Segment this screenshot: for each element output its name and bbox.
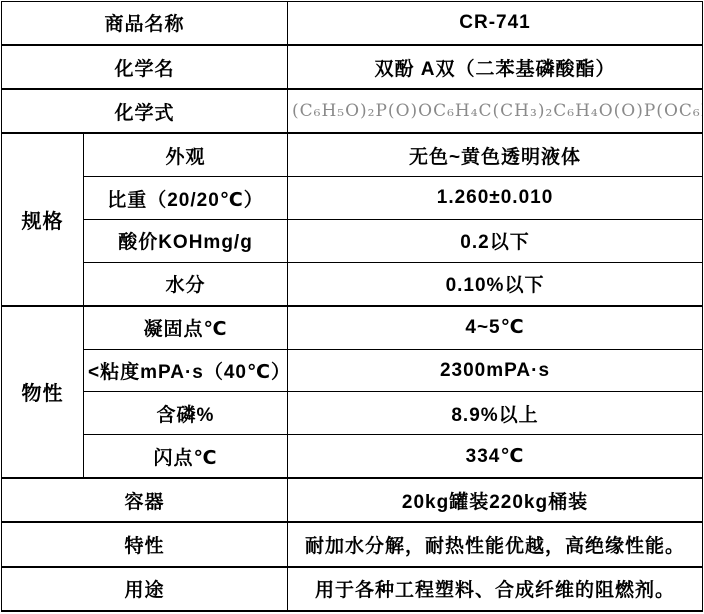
feature-label: 特性 [2, 522, 288, 566]
spec-gravity-label: 比重（20/20℃） [84, 177, 288, 220]
spec-gravity-value: 1.260±0.010 [288, 177, 703, 220]
product-spec-table: 商品名称 CR-741 化学名 双酚 A双（二苯基磷酸酯） 化学式 (C₆H₅O… [1, 1, 703, 612]
spec-acid-value-label: 酸价KOHmg/g [84, 220, 288, 263]
phys-flashpoint-label: 闪点℃ [84, 435, 288, 478]
spec-moisture-label: 水分 [84, 262, 288, 305]
spec-group-label: 规格 [2, 133, 84, 305]
formula-label: 化学式 [2, 89, 288, 133]
phys-phosphorus-label: 含磷% [84, 392, 288, 435]
table-row-spec-gravity: 比重（20/20℃） 1.260±0.010 [2, 177, 703, 220]
phys-group-label: 物性 [2, 306, 84, 478]
formula-value: (C₆H₅O)₂P(O)OC₆H₄C(CH₃)₂C₆H₄O(O)P(OC₆H₅)… [288, 89, 703, 133]
table-row-product: 商品名称 CR-741 [2, 2, 703, 45]
table-row-usage: 用途 用于各种工程塑料、合成纤维的阻燃剂。 [2, 567, 703, 611]
feature-value: 耐加水分解，耐热性能优越，高绝缘性能。 [288, 522, 703, 566]
table-row-formula: 化学式 (C₆H₅O)₂P(O)OC₆H₄C(CH₃)₂C₆H₄O(O)P(OC… [2, 89, 703, 133]
table-row-spec-appearance: 规格 外观 无色~黄色透明液体 [2, 133, 703, 176]
product-name-value: CR-741 [288, 2, 703, 45]
phys-phosphorus-value: 8.9%以上 [288, 392, 703, 435]
container-label: 容器 [2, 478, 288, 522]
phys-viscosity-label: <粘度mPA·s（40℃）> [84, 349, 288, 392]
phys-freezing-value: 4~5℃ [288, 306, 703, 349]
spec-appearance-value: 无色~黄色透明液体 [288, 133, 703, 176]
spec-appearance-label: 外观 [84, 133, 288, 176]
phys-freezing-label: 凝固点℃ [84, 306, 288, 349]
phys-flashpoint-value: 334℃ [288, 435, 703, 478]
table-row-phys-viscosity: <粘度mPA·s（40℃）> 2300mPA·s [2, 349, 703, 392]
chem-name-value: 双酚 A双（二苯基磷酸酯） [288, 45, 703, 89]
spec-moisture-value: 0.10%以下 [288, 262, 703, 305]
phys-viscosity-value: 2300mPA·s [288, 349, 703, 392]
table-row-spec-acid: 酸价KOHmg/g 0.2以下 [2, 220, 703, 263]
product-name-label: 商品名称 [2, 2, 288, 45]
table-row-chem-name: 化学名 双酚 A双（二苯基磷酸酯） [2, 45, 703, 89]
container-value: 20kg罐装220kg桶装 [288, 478, 703, 522]
table-row-phys-freezing: 物性 凝固点℃ 4~5℃ [2, 306, 703, 349]
table-row-phys-phosphorus: 含磷% 8.9%以上 [2, 392, 703, 435]
spec-sheet: 商品名称 CR-741 化学名 双酚 A双（二苯基磷酸酯） 化学式 (C₆H₅O… [0, 0, 704, 614]
table-row-spec-moisture: 水分 0.10%以下 [2, 262, 703, 305]
usage-label: 用途 [2, 567, 288, 611]
usage-value: 用于各种工程塑料、合成纤维的阻燃剂。 [288, 567, 703, 611]
table-row-feature: 特性 耐加水分解，耐热性能优越，高绝缘性能。 [2, 522, 703, 566]
spec-acid-value-value: 0.2以下 [288, 220, 703, 263]
table-row-container: 容器 20kg罐装220kg桶装 [2, 478, 703, 522]
table-row-phys-flashpoint: 闪点℃ 334℃ [2, 435, 703, 478]
chem-name-label: 化学名 [2, 45, 288, 89]
